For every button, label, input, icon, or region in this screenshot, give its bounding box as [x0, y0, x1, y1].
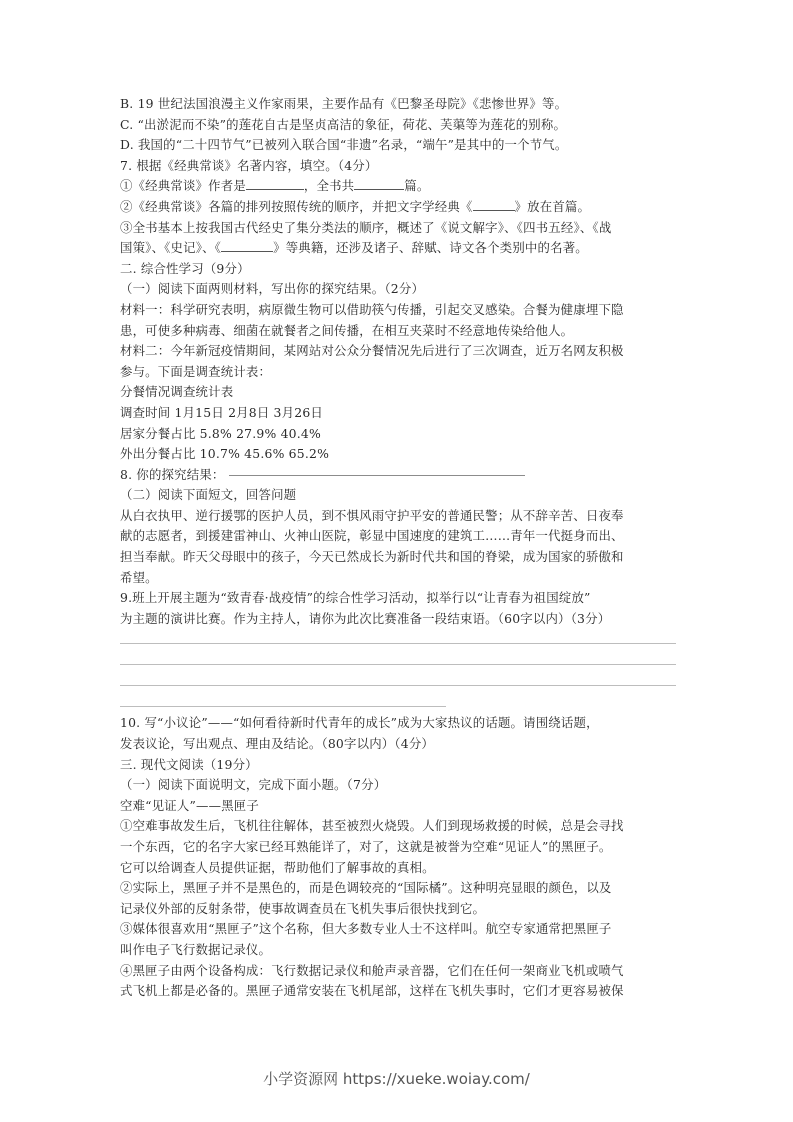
question-7-item-2: ②《经典常谈》各篇的排列按照传统的顺序，并把文字学经典《》放在首篇。 [120, 197, 676, 218]
passage-line-2: 献的志愿者，到援建雷神山、火神山医院，彰显中国速度的建筑工……青年一代挺身而出、 [120, 526, 676, 547]
question-7-item-1: ①《经典常谈》作者是，全书共篇。 [120, 176, 676, 197]
first-chapter-blank[interactable] [473, 198, 515, 211]
item-3-text-a: 国策》、《史记》、《 [120, 240, 221, 255]
option-d: D. 我国的“二十四节气”已被列入联合国“非遗”名录，“端午”是其中的一个节气。 [120, 135, 676, 156]
option-c: C. “出淤泥而不染”的莲花自古是坚贞高洁的象征，荷花、芙蕖等为莲花的别称。 [120, 115, 676, 136]
question-7-item-3-line-2: 国策》、《史记》、《》等典籍，还涉及诸子、辞赋、诗文各个类别中的名著。 [120, 238, 676, 259]
material-2-line-1: 材料二：今年新冠疫情期间，某网站对公众分餐情况先后进行了三次调查，近万名网友积极 [120, 341, 676, 362]
passage-line-3: 担当奉献。昨天父母眼中的孩子，今天已然成长为新时代共和国的脊梁，成为国家的骄傲和 [120, 547, 676, 568]
article-line: 它可以给调查人员提供证据，帮助他们了解事故的真相。 [120, 858, 676, 879]
material-2-line-2: 参与。下面是调查统计表： [120, 362, 676, 383]
item-1-text-b: ，全书共 [304, 178, 354, 193]
article-line: ③媒体很喜欢用“黑匣子”这个名称，但大多数专业人士不这样叫。航空专家通常把黑匣子 [120, 919, 676, 940]
question-9-answer-area[interactable] [120, 629, 676, 713]
section-3-part-1-heading: （一）阅读下面说明文，完成下面小题。（7分） [120, 775, 676, 796]
classic-blank[interactable] [221, 239, 273, 252]
option-b: B. 19 世纪法国浪漫主义作家雨果，主要作品有《巴黎圣母院》《悲惨世界》等。 [120, 94, 676, 115]
author-blank[interactable] [246, 177, 304, 190]
material-1-line-2: 患，可使多种病毒、细菌在就餐者之间传播，在相互夹菜时不经意地传染给他人。 [120, 321, 676, 342]
article-line: ②实际上，黑匣子并不是黑色的，而是色调较亮的“国际橘”。这种明亮显眼的颜色，以及 [120, 878, 676, 899]
article-line: ①空难事故发生后，飞机往往解体，甚至被烈火烧毁。人们到现场救援的时候，总是会寻找 [120, 816, 676, 837]
section-2-part-1-heading: （一）阅读下面两则材料，写出你的探究结果。（2分） [120, 279, 676, 300]
article-line: 一个东西，它的名字大家已经耳熟能详了，对了，这就是被誉为空难“见证人”的黑匣子。 [120, 837, 676, 858]
article-line: 记录仪外部的反射条带，使事故调查员在飞机失事后很快找到它。 [120, 899, 676, 920]
article-line: 叫作电子飞行数据记录仪。 [120, 940, 676, 961]
question-10-line-1: 10. 写“小议论”——“如何看待新时代青年的成长”成为大家热议的话题。请围绕话… [120, 713, 676, 734]
answer-line[interactable] [120, 692, 676, 713]
question-9-line-1: 9.班上开展主题为“致青春·战疫情”的综合性学习活动，拟举行以“让青春为祖国绽放… [120, 588, 676, 609]
question-7-title: 7. 根据《经典常谈》名著内容，填空。（4分） [120, 156, 676, 177]
section-2-part-2-heading: （二）阅读下面短文，回答问题 [120, 485, 676, 506]
question-7-item-3-line-1: ③全书基本上按我国古代经史了集分类法的顺序，概述了《说文解字》、《四书五经》、《… [120, 218, 676, 239]
answer-line[interactable] [120, 671, 676, 692]
table-row-home: 居家分餐占比 5.8% 27.9% 40.4% [120, 424, 676, 445]
exam-page: B. 19 世纪法国浪漫主义作家雨果，主要作品有《巴黎圣母院》《悲惨世界》等。 … [120, 94, 676, 1002]
question-9-line-2: 为主题的演讲比赛。作为主持人，请你为此次比赛准备一段结束语。（60字以内）（3分… [120, 609, 676, 630]
chapter-count-blank[interactable] [354, 177, 404, 190]
table-row-dates: 调查时间 1月15日 2月8日 3月26日 [120, 403, 676, 424]
section-2-heading: 二. 综合性学习（9分） [120, 259, 676, 280]
question-8-label: 8. 你的探究结果： [120, 467, 225, 482]
question-8: 8. 你的探究结果： [120, 465, 676, 486]
item-1-text-a: ①《经典常谈》作者是 [120, 178, 246, 193]
question-10-line-2: 发表议论，写出观点、理由及结论。（80字以内）（4分） [120, 734, 676, 755]
site-watermark: 小学资源网 https://xueke.woiay.com/ [0, 1068, 793, 1089]
passage-line-1: 从白衣执甲、逆行援鄂的医护人员，到不惧风雨守护平安的普通民警；从不辞辛苦、日夜奉 [120, 506, 676, 527]
item-2-text-a: ②《经典常谈》各篇的排列按照传统的顺序，并把文字学经典《 [120, 199, 473, 214]
table-row-outside: 外出分餐占比 10.7% 45.6% 65.2% [120, 444, 676, 465]
item-2-text-b: 》放在首篇。 [515, 199, 591, 214]
answer-line[interactable] [120, 650, 676, 671]
article-line: 式飞机上都是必备的。黑匣子通常安装在飞机尾部，这样在飞机失事时，它们才更容易被保 [120, 981, 676, 1002]
question-8-answer-line[interactable] [229, 475, 525, 476]
material-1-line-1: 材料一：科学研究表明，病原微生物可以借助筷勺传播，引起交叉感染。合餐为健康埋下隐 [120, 300, 676, 321]
article-title: 空难“见证人”——黑匣子 [120, 796, 676, 817]
table-title: 分餐情况调查统计表 [120, 382, 676, 403]
item-3-text-b: 》等典籍，还涉及诸子、辞赋、诗文各个类别中的名著。 [273, 240, 588, 255]
answer-line[interactable] [120, 629, 676, 650]
article-line: ④黑匣子由两个设备构成：飞行数据记录仪和舱声录音器，它们在任何一架商业飞机或喷气 [120, 961, 676, 982]
section-3-heading: 三. 现代文阅读（19分） [120, 755, 676, 776]
item-1-text-c: 篇。 [404, 178, 429, 193]
passage-line-4: 希望。 [120, 568, 676, 589]
